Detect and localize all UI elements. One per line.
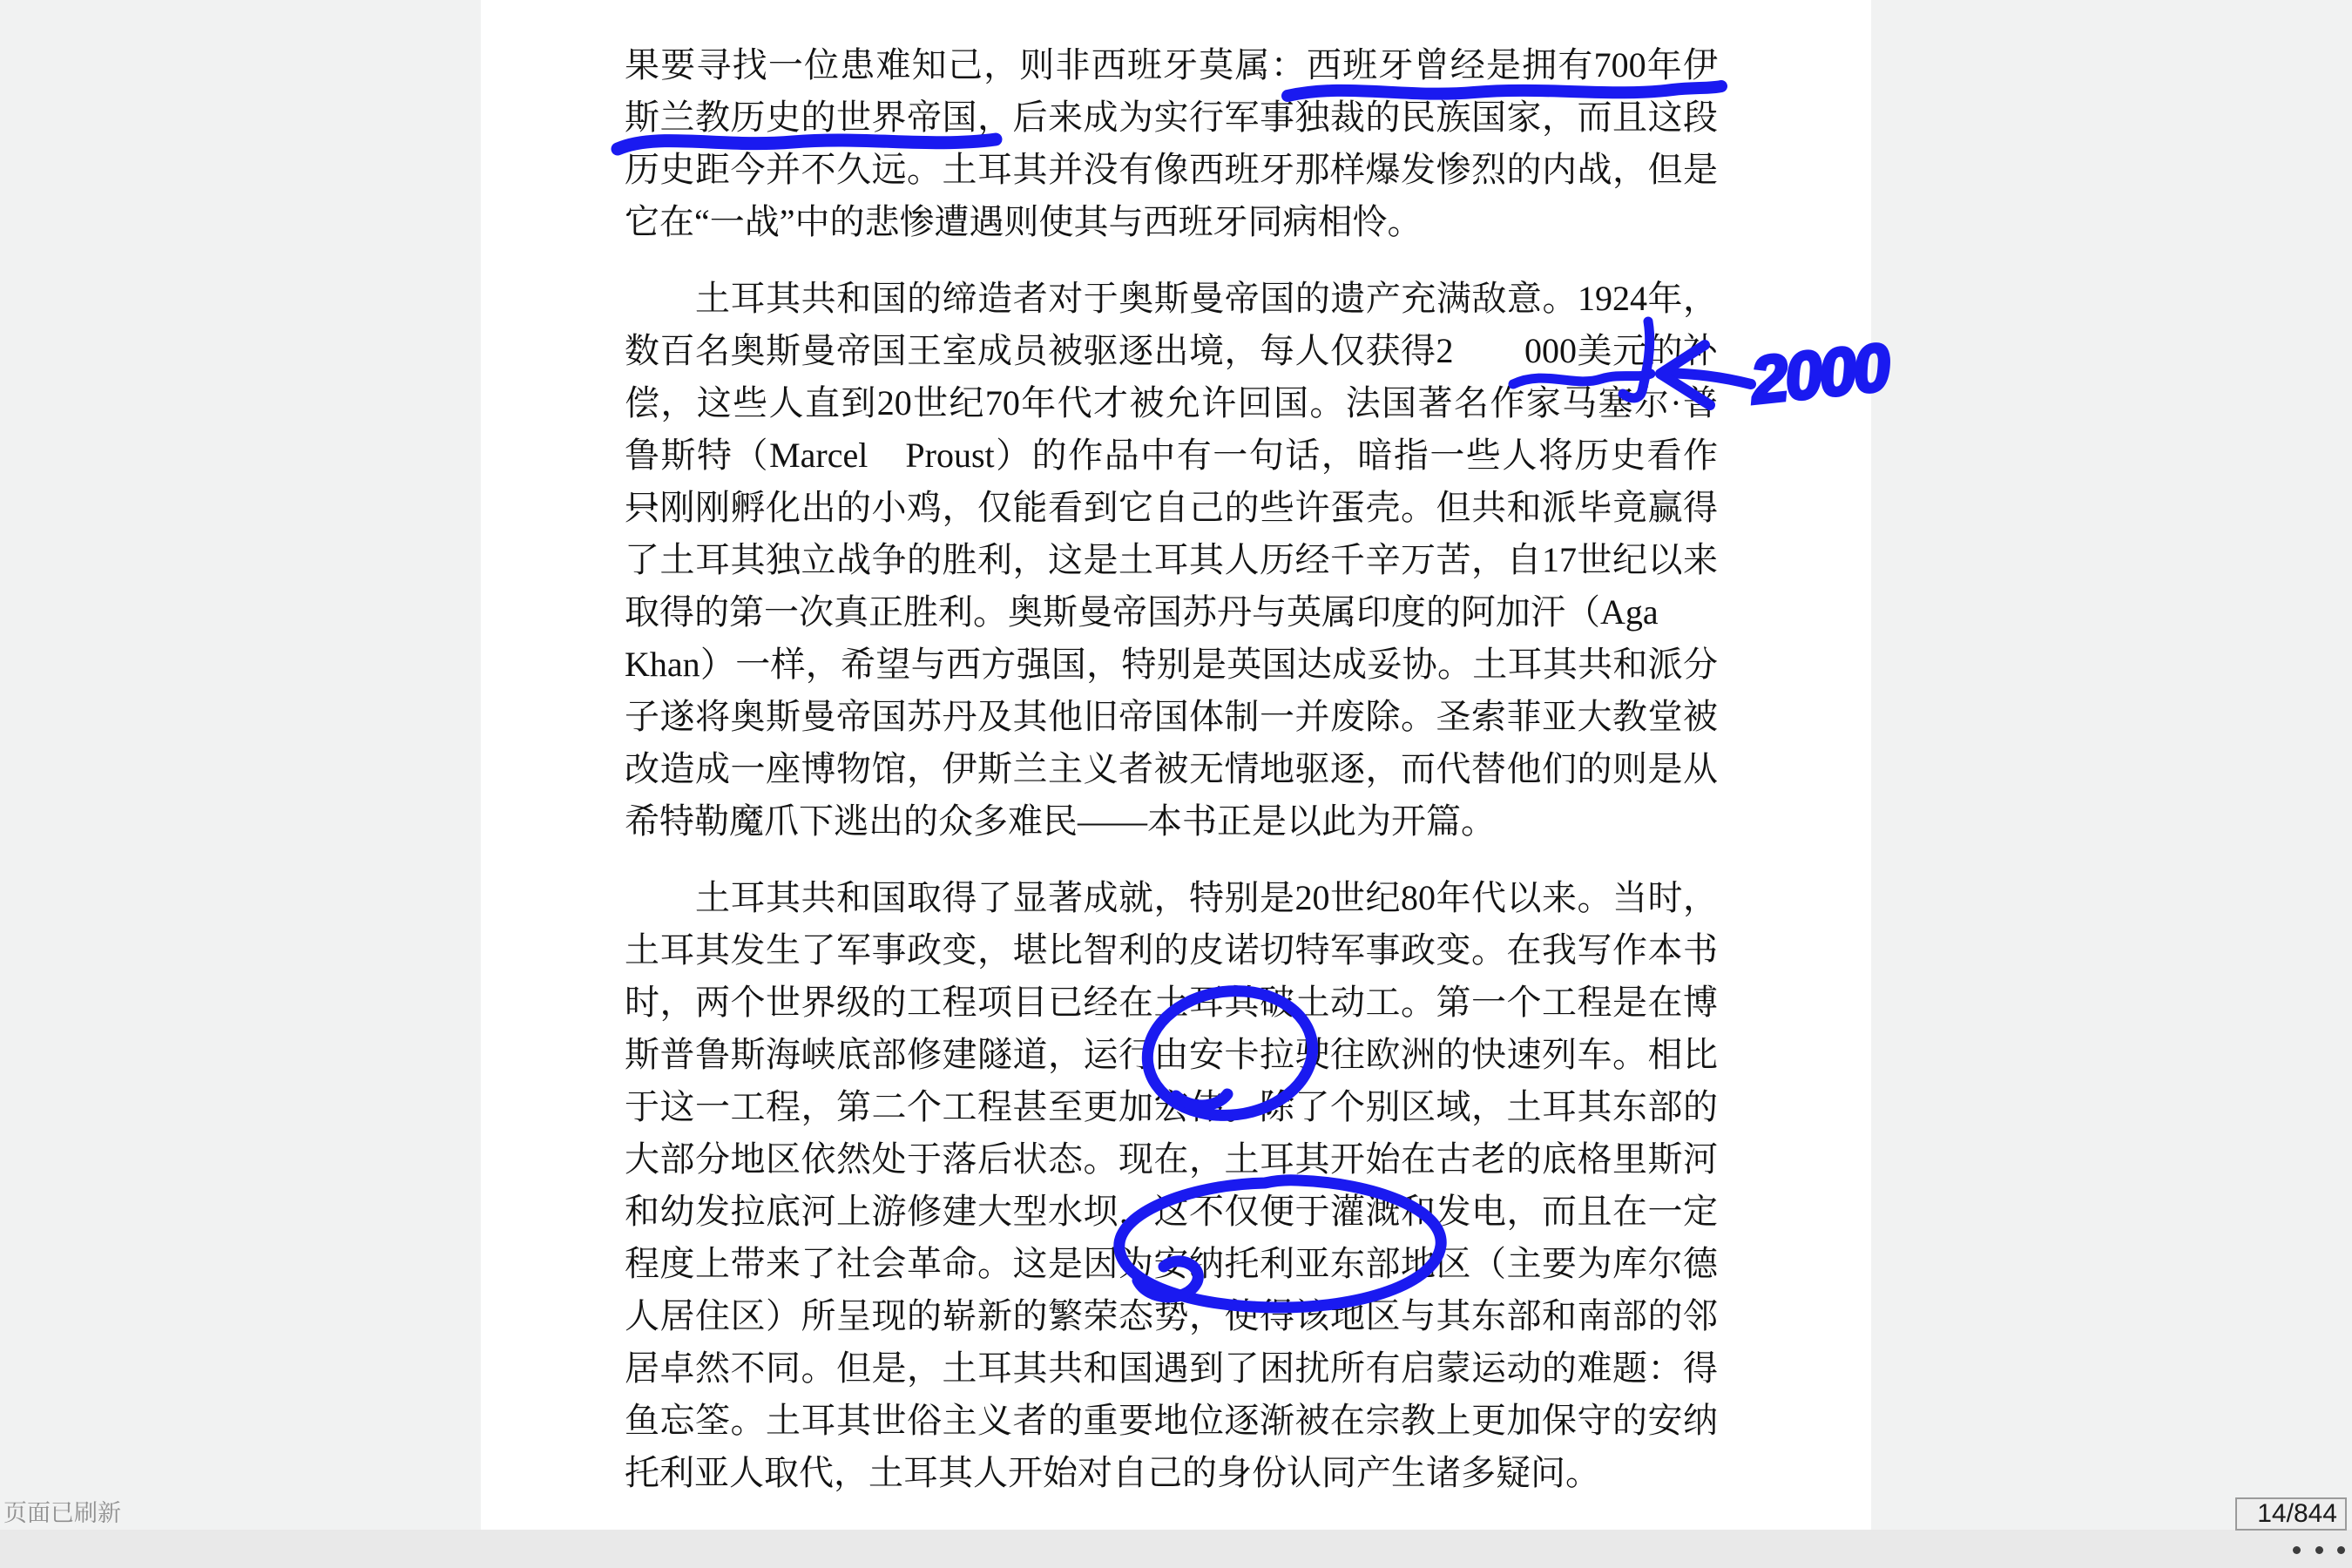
text-line: 土耳其共和国的缔造者对于奥斯曼帝国的遗产充满敌意。1924年， — [625, 273, 1718, 325]
paragraph: 土耳其共和国取得了显著成就，特别是20世纪80年代以来。当时， 土耳其发生了军事… — [625, 872, 1718, 1499]
text-line: 人居住区）所呈现的崭新的繁荣态势，使得该地区与其东部和南部的邻 — [625, 1290, 1718, 1342]
text-line: 历史距今并不久远。土耳其并没有像西班牙那样爆发惨烈的内战，但是 — [625, 144, 1718, 196]
text-line: 改造成一座博物馆，伊斯兰主义者被无情地驱逐，而代替他们的则是从 — [625, 743, 1718, 795]
text-line: 斯普鲁斯海峡底部修建隧道，运行由安卡拉驶往欧洲的快速列车。相比 — [625, 1029, 1718, 1081]
ellipsis-icon — [2337, 1546, 2345, 1554]
text-line: 土耳其共和国取得了显著成就，特别是20世纪80年代以来。当时， — [625, 872, 1718, 924]
text-line: 子遂将奥斯曼帝国苏丹及其他旧帝国体制一并废除。圣索菲亚大教堂被 — [625, 691, 1718, 743]
text-line: 鱼忘筌。土耳其世俗主义者的重要地位逐渐被在宗教上更加保守的安纳 — [625, 1395, 1718, 1447]
text-line: 数百名奥斯曼帝国王室成员被驱逐出境，每人仅获得2 000美元的补 — [625, 325, 1718, 377]
text-line: 斯兰教历史的世界帝国，后来成为实行军事独裁的民族国家，而且这段 — [625, 91, 1718, 144]
paragraph: 土耳其共和国的缔造者对于奥斯曼帝国的遗产充满敌意。1924年， 数百名奥斯曼帝国… — [625, 273, 1718, 848]
text-line: 只刚刚孵化出的小鸡，仅能看到它自己的些许蛋壳。但共和派毕竟赢得 — [625, 482, 1718, 534]
text-line: Khan）一样，希望与西方强国，特别是英国达成妥协。土耳其共和派分 — [625, 639, 1718, 691]
text-line: 程度上带来了社会革命。这是因为安纳托利亚东部地区（主要为库尔德 — [625, 1238, 1718, 1290]
more-options-button[interactable] — [2291, 1541, 2347, 1558]
text-line: 大部分地区依然处于落后状态。现在，土耳其开始在古老的底格里斯河 — [625, 1133, 1718, 1186]
text-line: 居卓然不同。但是，土耳其共和国遇到了困扰所有启蒙运动的难题：得 — [625, 1342, 1718, 1395]
page-refreshed-toast: 页面已刷新 — [3, 1497, 121, 1530]
bottom-bar — [0, 1530, 2352, 1568]
paragraph: 果要寻找一位患难知己，则非西班牙莫属：西班牙曾经是拥有700年伊 斯兰教历史的世… — [625, 39, 1718, 248]
ellipsis-icon — [2315, 1546, 2323, 1554]
ebook-reader: 果要寻找一位患难知己，则非西班牙莫属：西班牙曾经是拥有700年伊 斯兰教历史的世… — [0, 0, 2352, 1568]
page-text: 果要寻找一位患难知己，则非西班牙莫属：西班牙曾经是拥有700年伊 斯兰教历史的世… — [625, 39, 1718, 1524]
text-line: 时，两个世界级的工程项目已经在土耳其破土动工。第一个工程是在博 — [625, 977, 1718, 1029]
text-line: 和幼发拉底河上游修建大型水坝，这不仅便于灌溉和发电，而且在一定 — [625, 1186, 1718, 1238]
text-line: 了土耳其独立战争的胜利，这是土耳其人历经千辛万苦，自17世纪以来 — [625, 534, 1718, 586]
text-line: 偿，这些人直到20世纪70年代才被允许回国。法国著名作家马塞尔·普 — [625, 377, 1718, 429]
text-line: 土耳其发生了军事政变，堪比智利的皮诺切特军事政变。在我写作本书 — [625, 924, 1718, 977]
text-line: 于这一工程，第二个工程甚至更加宏伟。除了个别区域，土耳其东部的 — [625, 1081, 1718, 1133]
text-line: 果要寻找一位患难知己，则非西班牙莫属：西班牙曾经是拥有700年伊 — [625, 39, 1718, 91]
text-line: 托利亚人取代，土耳其人开始对自己的身份认同产生诸多疑问。 — [625, 1447, 1718, 1499]
text-line: 取得的第一次真正胜利。奥斯曼帝国苏丹与英属印度的阿加汗（Aga — [625, 586, 1718, 639]
book-page[interactable]: 果要寻找一位患难知己，则非西班牙莫属：西班牙曾经是拥有700年伊 斯兰教历史的世… — [481, 0, 1871, 1530]
text-line: 鲁斯特（Marcel Proust）的作品中有一句话，暗指一些人将历史看作一 — [625, 429, 1718, 482]
ellipsis-icon — [2293, 1546, 2301, 1554]
text-line: 希特勒魔爪下逃出的众多难民——本书正是以此为开篇。 — [625, 795, 1718, 848]
page-indicator[interactable]: 14/844 — [2235, 1497, 2347, 1531]
text-line: 它在“一战”中的悲惨遭遇则使其与西班牙同病相怜。 — [625, 196, 1718, 248]
